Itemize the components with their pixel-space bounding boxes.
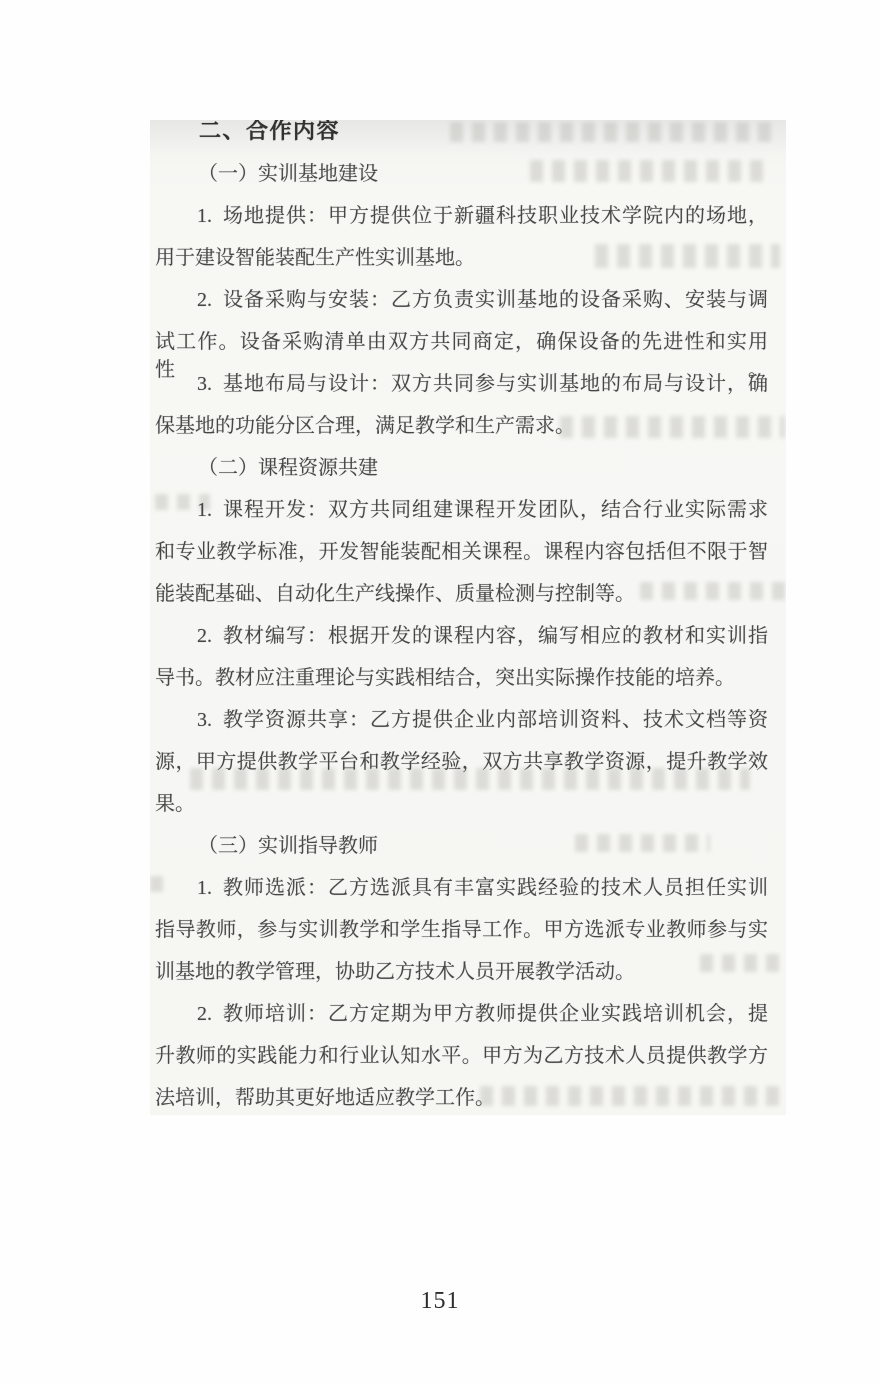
text-line: 果。 (155, 790, 195, 818)
text-line: 1. 课程开发：双方共同组建课程开发团队，结合行业实际需求 (197, 496, 768, 524)
page-number: 151 (0, 1288, 880, 1315)
subsection-heading: （一）实训基地建设 (198, 160, 378, 188)
bleed-through-artifact (530, 160, 770, 182)
text-line: 1. 场地提供：甲方提供位于新疆科技职业技术学院内的场地， (197, 202, 768, 230)
text-line: 指导教师，参与实训教学和学生指导工作。甲方选派专业教师参与实 (155, 916, 768, 944)
bleed-through-artifact (480, 1086, 780, 1106)
bleed-through-artifact (560, 416, 785, 438)
bleed-through-artifact (575, 834, 710, 852)
bleed-through-artifact (700, 954, 785, 972)
text-line: 用于建设智能装配生产性实训基地。 (155, 244, 475, 272)
scanned-page-region: 二、合作内容（一）实训基地建设1. 场地提供：甲方提供位于新疆科技职业技术学院内… (150, 120, 786, 1115)
text-line: 2. 设备采购与安装：乙方负责实训基地的设备采购、安装与调 (197, 286, 768, 314)
bleed-through-artifact (450, 122, 780, 142)
text-line: 1. 教师选派：乙方选派具有丰富实践经验的技术人员担任实训 (197, 874, 768, 902)
bleed-through-artifact (640, 582, 785, 600)
text-line: 法培训，帮助其更好地适应教学工作。 (155, 1084, 495, 1112)
text-line: 能装配基础、自动化生产线操作、质量检测与控制等。 (155, 580, 635, 608)
text-line: 2. 教师培训：乙方定期为甲方教师提供企业实践培训机会，提 (197, 1000, 768, 1028)
text-line: 和专业教学标准，开发智能装配相关课程。课程内容包括但不限于智 (155, 538, 768, 566)
text-line: 保基地的功能分区合理，满足教学和生产需求。 (155, 412, 575, 440)
text-line: 源，甲方提供教学平台和教学经验，双方共享教学资源，提升教学效 (155, 748, 768, 776)
text-line: 3. 基地布局与设计：双方共同参与实训基地的布局与设计，确 (197, 370, 768, 398)
subsection-heading: （三）实训指导教师 (198, 832, 378, 860)
text-line: 升教师的实践能力和行业认知水平。甲方为乙方技术人员提供教学方 (155, 1042, 768, 1070)
section-heading: 二、合作内容 (199, 120, 340, 145)
bleed-through-artifact (150, 876, 164, 892)
text-line: 导书。教材应注重理论与实践相结合，突出实际操作技能的培养。 (155, 664, 735, 692)
text-line: 2. 教材编写：根据开发的课程内容，编写相应的教材和实训指 (197, 622, 768, 650)
subsection-heading: （二）课程资源共建 (198, 454, 378, 482)
scanned-document-page: 二、合作内容（一）实训基地建设1. 场地提供：甲方提供位于新疆科技职业技术学院内… (0, 0, 880, 1384)
text-line: 3. 教学资源共享：乙方提供企业内部培训资料、技术文档等资 (197, 706, 768, 734)
bleed-through-artifact (595, 244, 780, 268)
text-line: 训基地的教学管理，协助乙方技术人员开展教学活动。 (155, 958, 635, 986)
